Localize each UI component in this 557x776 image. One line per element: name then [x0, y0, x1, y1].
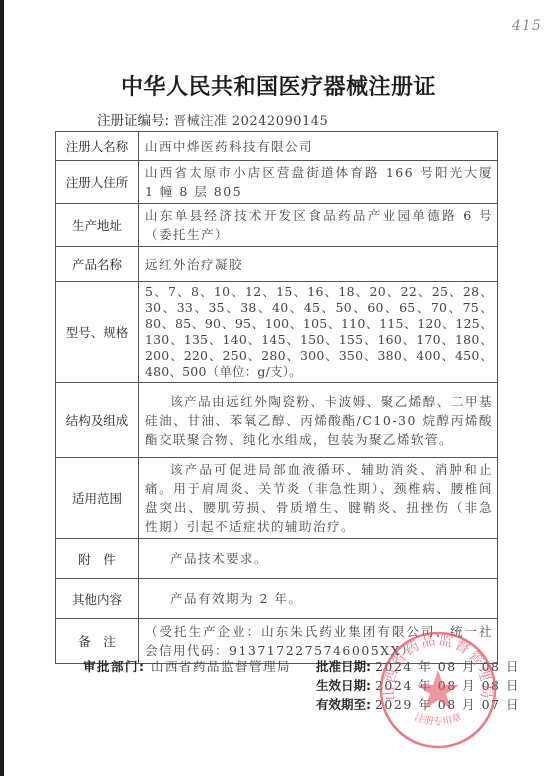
row-value: 产品技术要求。 — [139, 539, 498, 579]
row-label: 型号、规格 — [56, 282, 139, 383]
row-label: 产品名称 — [56, 247, 139, 282]
row-value: 山东单县经济技术开发区食品药品产业园单德路 6 号（委托生产） — [139, 204, 498, 247]
row-value: 山西中烨医药科技有限公司 — [139, 132, 498, 161]
expiry-date: 有效期至: 2029 年 08 月 07 日 — [316, 695, 520, 714]
approval-date-value: 2024 年 08 月 08 日 — [375, 659, 520, 674]
row-label: 注册人名称 — [56, 132, 139, 161]
approval-date: 批准日期: 2024 年 08 月 08 日 — [316, 657, 520, 676]
row-production-address: 生产地址 山东单县经济技术开发区食品药品产业园单德路 6 号（委托生产） — [56, 204, 498, 247]
approval-department: 审批部门: 山西省药品监督管理局 — [83, 657, 291, 675]
registration-number-line: 注册证编号: 晋械注准 20242090145 — [97, 109, 328, 129]
effective-date-label: 生效日期: — [316, 678, 371, 693]
row-registrant-name: 注册人名称 山西中烨医药科技有限公司 — [56, 132, 498, 161]
department-label: 审批部门: — [83, 659, 146, 674]
row-value: 远红外治疗凝胶 — [139, 247, 498, 282]
row-other: 其他内容 产品有效期为 2 年。 — [56, 579, 498, 619]
row-value: 该产品由远红外陶瓷粉、卡波姆、聚乙烯醇、二甲基硅油、甘油、苯氧乙醇、丙烯酸酯/C… — [139, 383, 498, 458]
row-scope: 适用范围 该产品可促进局部血液循环、辅助消炎、消肿和止痛。用于肩周炎、关节炎（非… — [56, 458, 498, 539]
row-label: 生产地址 — [56, 204, 139, 247]
row-product-name: 产品名称 远红外治疗凝胶 — [56, 247, 498, 282]
registration-number-value: 晋械注准 20242090145 — [173, 114, 328, 129]
date-block: 批准日期: 2024 年 08 月 08 日 生效日期: 2024 年 08 月… — [316, 657, 520, 714]
row-label: 其他内容 — [56, 579, 139, 619]
row-label: 注册人住所 — [56, 161, 139, 204]
effective-date-value: 2024 年 08 月 08 日 — [375, 678, 520, 693]
row-value: 5、7、8、10、12、15、16、18、20、22、25、28、30、33、3… — [139, 282, 498, 383]
row-value: 产品有效期为 2 年。 — [139, 579, 498, 619]
document-title: 中华人民共和国医疗器械注册证 — [0, 70, 557, 101]
certificate-table: 注册人名称 山西中烨医药科技有限公司 注册人住所 山西省太原市小店区营盘街道体育… — [55, 131, 498, 664]
handwritten-page-number: 415 — [512, 18, 542, 34]
row-label: 适用范围 — [56, 458, 139, 539]
effective-date: 生效日期: 2024 年 08 月 08 日 — [316, 676, 520, 695]
expiry-date-value: 2029 年 08 月 07 日 — [375, 697, 520, 712]
row-label: 结构及组成 — [56, 383, 139, 458]
scan-edge — [0, 0, 4, 776]
registration-number-label: 注册证编号: — [97, 113, 169, 129]
expiry-date-label: 有效期至: — [316, 697, 371, 712]
approval-date-label: 批准日期: — [316, 659, 371, 674]
row-registrant-address: 注册人住所 山西省太原市小店区营盘街道体育路 166 号阳光大厦 1 幢 8 层… — [56, 161, 498, 204]
row-model-spec: 型号、规格 5、7、8、10、12、15、16、18、20、22、25、28、3… — [56, 282, 498, 383]
row-value: 该产品可促进局部血液循环、辅助消炎、消肿和止痛。用于肩周炎、关节炎（非急性期）、… — [139, 458, 498, 539]
row-value: 山西省太原市小店区营盘街道体育路 166 号阳光大厦 1 幢 8 层 805 — [139, 161, 498, 204]
row-structure: 结构及组成 该产品由远红外陶瓷粉、卡波姆、聚乙烯醇、二甲基硅油、甘油、苯氧乙醇、… — [56, 383, 498, 458]
department-value: 山西省药品监督管理局 — [151, 659, 291, 674]
row-attachment: 附 件 产品技术要求。 — [56, 539, 498, 579]
row-label: 附 件 — [56, 539, 139, 579]
